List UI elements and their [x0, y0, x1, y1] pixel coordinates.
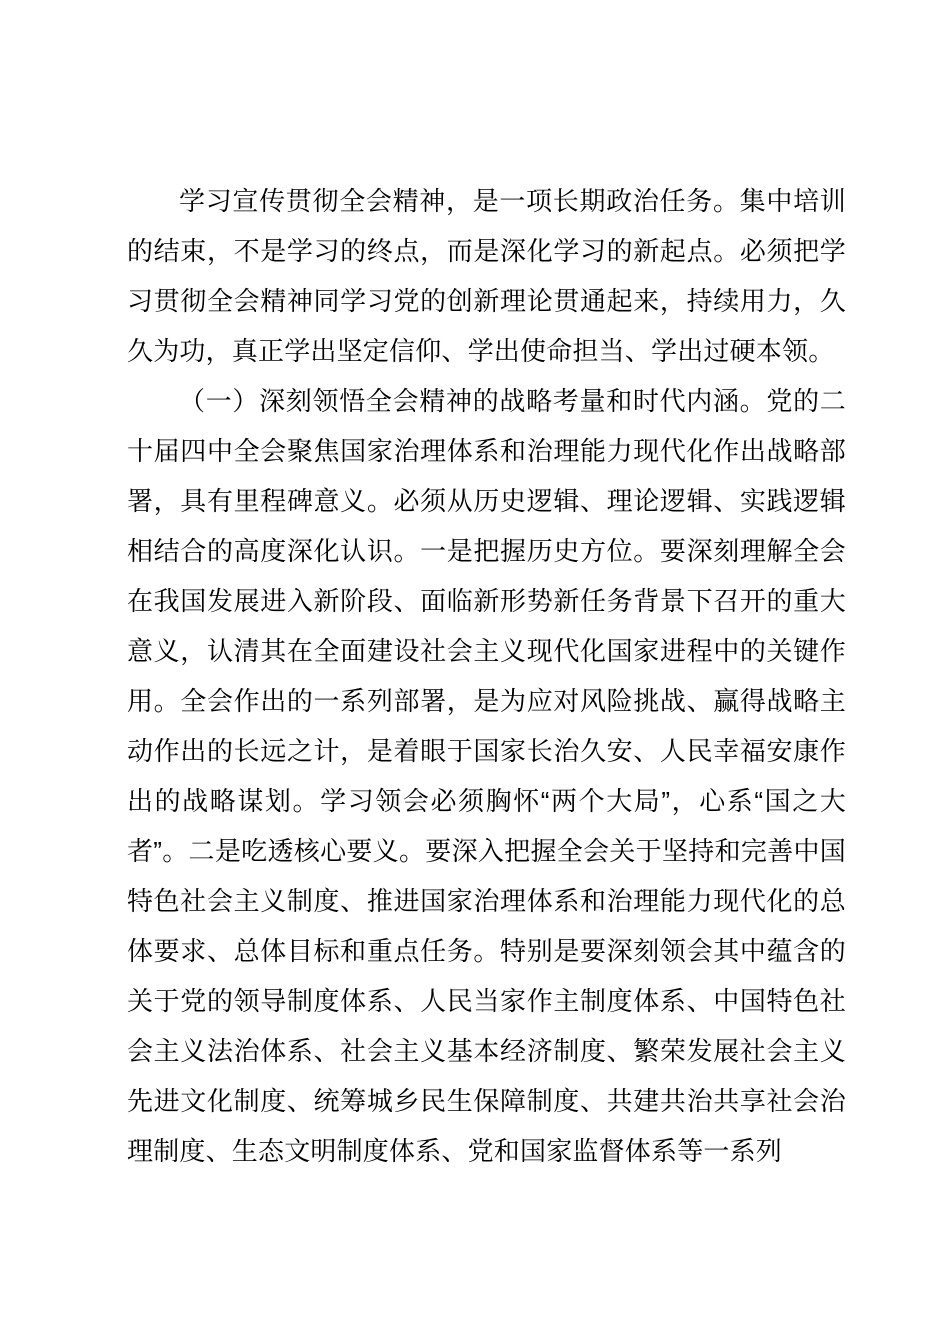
paragraph-study-implement-spirit: 学习宣传贯彻全会精神，是一项长期政治任务。集中培训的结束，不是学习的终点，而是深…	[127, 176, 846, 376]
document-page: 学习宣传贯彻全会精神，是一项长期政治任务。集中培训的结束，不是学习的终点，而是深…	[0, 0, 950, 1344]
paragraph-section-one-strategic-significance: （一）深刻领悟全会精神的战略考量和时代内涵。党的二十届四中全会聚焦国家治理体系和…	[127, 376, 846, 1176]
